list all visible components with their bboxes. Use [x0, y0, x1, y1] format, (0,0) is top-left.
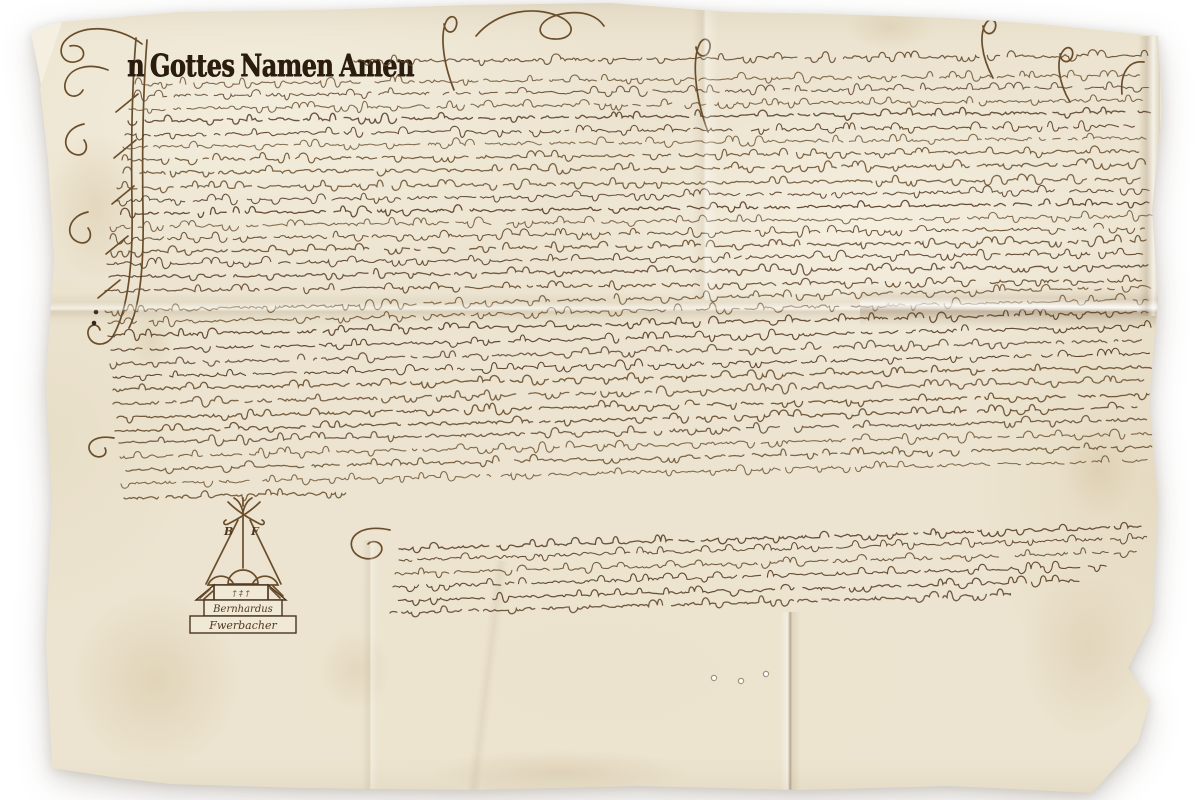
calligraphic-flourish-figure8: [470, 6, 610, 54]
fold-crease-vertical-bottom-left: [362, 540, 378, 795]
parchment-shadow: I: [0, 0, 1200, 800]
stain: [845, 4, 935, 50]
wormhole: [764, 672, 768, 676]
parchment: I: [0, 0, 1200, 800]
photo-backdrop: { "document": { "heading": { "initial": …: [0, 0, 1200, 800]
initial-letter: I: [50, 16, 51, 17]
notary-mark-name-fwerbacher: Fwerbacher: [208, 619, 277, 632]
stain: [320, 630, 390, 710]
stain: [430, 750, 690, 794]
notary-mark-staff: [206, 498, 281, 584]
notary-mark-band-top: † ‡ †: [232, 589, 250, 598]
calligraphic-flourish-closing-swash: [344, 522, 398, 574]
calligraphic-flourish-margin-curl: [82, 432, 118, 468]
notary-mark-letter-b: B: [223, 525, 233, 538]
fold-crease-vertical-bottom-dark: [780, 612, 800, 800]
notary-mark-mounds: [208, 570, 278, 585]
wormhole: [712, 676, 716, 680]
notary-mark: B F †: [178, 496, 310, 640]
wormhole: [739, 679, 743, 683]
notary-mark-letter-f: F: [250, 525, 260, 538]
notary-mark-name-bernhardus: Bernhardus: [212, 604, 273, 615]
